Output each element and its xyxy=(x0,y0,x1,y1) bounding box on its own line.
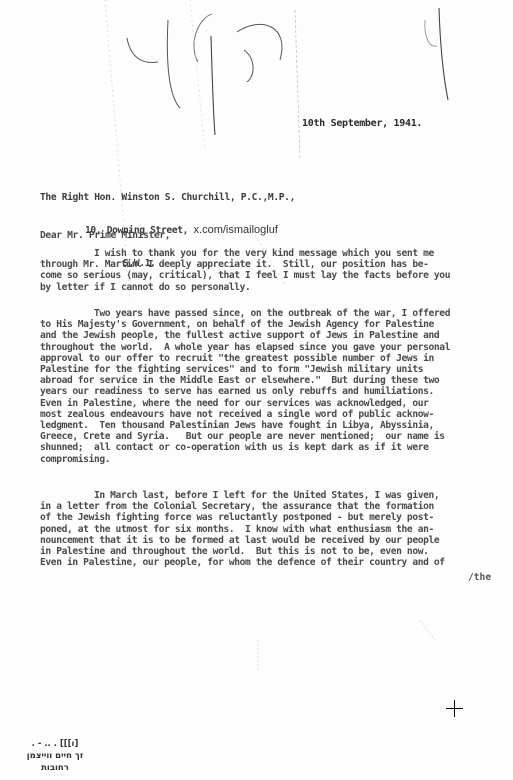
stamp-line-3: רחובות xyxy=(0,762,110,774)
paragraph-line: Even in Palestine, where the need for ou… xyxy=(40,398,510,409)
paragraph-line: shunned; all contact or co-operation wit… xyxy=(40,442,510,453)
paragraph-line: years our readiness to serve has earned … xyxy=(40,386,510,397)
watermark-text: x.com/ismailogluf xyxy=(194,224,278,236)
paragraph-line: Greece, Crete and Syria. But our people … xyxy=(40,431,510,442)
paragraph-2: Two years have passed since, on the outb… xyxy=(40,308,510,465)
recipient-name: The Right Hon. Winston S. Churchill, P.C… xyxy=(40,192,295,203)
paragraph-line: Two years have passed since, on the outb… xyxy=(40,308,510,319)
paragraph-line: to His Majesty's Government, on behalf o… xyxy=(40,319,510,330)
salutation: Dear Mr. Prime Minister, xyxy=(40,230,170,241)
paragraph-line: abroad for service in the Middle East or… xyxy=(40,375,510,386)
paragraph-line: in a letter from the Colonial Secretary,… xyxy=(40,501,510,512)
archive-stamp: [ו]]] . .. - . זך חיים ווייצמן רחובות xyxy=(0,738,110,774)
crosshair-cursor-icon xyxy=(446,700,463,717)
stamp-line-1: [ו]]] . .. - . xyxy=(0,738,110,750)
paragraph-line: through Mr. Martin. I deeply appreciate … xyxy=(40,259,510,270)
paragraph-line: in Palestine and throughout the world. B… xyxy=(40,546,510,557)
paragraph-line: Even in Palestine, our people, for whom … xyxy=(40,557,510,568)
paragraph-line: I wish to thank you for the very kind me… xyxy=(40,248,510,259)
letter-page: 10th September, 1941. The Right Hon. Win… xyxy=(0,0,513,780)
stamp-line-2: זך חיים ווייצמן xyxy=(0,750,110,762)
paragraph-line: compromising. xyxy=(40,454,510,465)
paragraph-line: approval to our offer to recruit "the gr… xyxy=(40,353,510,364)
paragraph-3: In March last, before I left for the Uni… xyxy=(40,490,510,568)
paragraph-1: I wish to thank you for the very kind me… xyxy=(40,248,510,293)
paragraph-line: most zealous endeavours have not receive… xyxy=(40,409,510,420)
paragraph-line: In March last, before I left for the Uni… xyxy=(40,490,510,501)
paragraph-line: ledgment. Ten thousand Palestinian Jews … xyxy=(40,420,510,431)
paragraph-line: throughout the world. A whole year has e… xyxy=(40,342,510,353)
paragraph-line: of the Jewish fighting force was relucta… xyxy=(40,512,510,523)
paragraph-line: nouncement that it is to be formed at la… xyxy=(40,535,510,546)
paragraph-line: Palestine for the fighting services" and… xyxy=(40,364,510,375)
paragraph-line: come so serious (may, critical), that I … xyxy=(40,270,510,281)
paragraph-line: and the Jewish people, the fullest activ… xyxy=(40,330,510,341)
page-continuation-marker: /the xyxy=(468,572,491,583)
letter-date: 10th September, 1941. xyxy=(302,118,422,129)
paragraph-line: poned, at the utmost for six months. I k… xyxy=(40,524,510,535)
handwritten-annotation xyxy=(0,0,513,160)
paragraph-line: by letter if I cannot do so personally. xyxy=(40,282,510,293)
